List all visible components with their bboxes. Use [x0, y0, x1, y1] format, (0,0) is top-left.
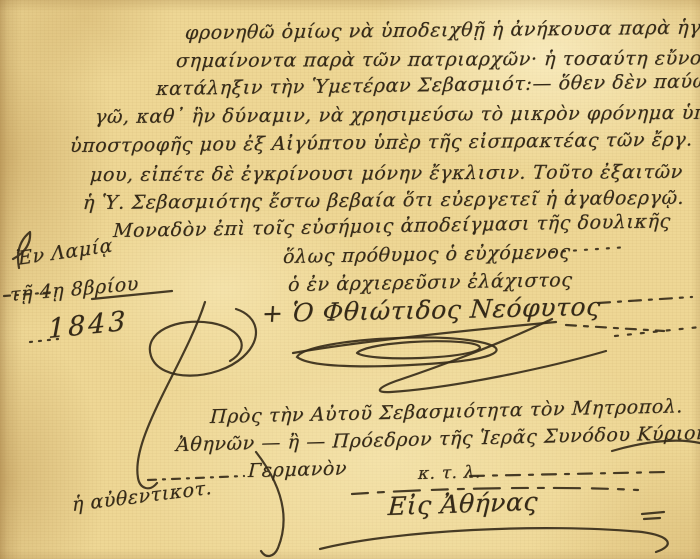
destination-underline-swoosh	[320, 528, 668, 552]
body-line: ἡ Ὑ. Σεβασμιότης ἔστω βεβαία ὅτι εὐεργετ…	[82, 189, 684, 213]
destination-equals-dashes	[642, 512, 664, 519]
dateline-year: 1843	[48, 307, 128, 343]
dateline-day: τῇ 4ῃ 8βρίου	[10, 275, 139, 305]
signature-paraph-inner-loop	[357, 341, 480, 358]
date-rubric-loop	[150, 309, 256, 376]
body-line: σημαίνοντα παρὰ τῶν πατριαρχῶν· ἡ τοσαύτ…	[175, 49, 700, 71]
signature-trailing-dashes	[598, 297, 692, 303]
address-line: Ἀθηνῶν — ἢ — Πρόεδρον τῆς Ἱερᾶς Συνόδου …	[176, 424, 700, 455]
address-dashes-right	[470, 472, 666, 476]
body-line: ὑποστροφῆς μου ἐξ Αἰγύπτου ὑπὲρ τῆς εἰσπ…	[69, 130, 693, 156]
dateline-place: Ἐν Λαμίᾳ	[16, 236, 114, 269]
address-name: Γερμανὸν	[248, 459, 348, 481]
body-line: κατάληξιν τὴν Ὑμετέραν Σεβασμιότ:— ὅθεν …	[155, 72, 700, 99]
address-etcetera: κ. τ. λ.	[418, 464, 482, 483]
address-line: Πρὸς τὴν Αὐτοῦ Σεβασμιότητα τὸν Μητροπολ…	[210, 397, 684, 427]
body-line: φρονηθῶ ὁμίως νὰ ὑποδειχθῇ ἡ ἀνήκουσα πα…	[184, 18, 700, 43]
closing-line: ὁ ἐν ἀρχιερεῦσιν ἐλάχιστος	[288, 271, 574, 295]
destination-note: Εἰς Ἀθήνας	[387, 489, 538, 519]
signature: + Ὁ Φθιώτιδος Νεόφυτος	[261, 294, 601, 326]
body-line: γῶ, καθ᾽ ἣν δύναμιν, νὰ χρησιμεύσω τὸ μι…	[94, 103, 700, 127]
body-line: μου, εἰπέτε δὲ ἐγκρίνουσι μόνην ἔγκλισιν…	[89, 163, 683, 185]
bottom-left-note: ἡ αὐθεντικοτ.	[72, 479, 213, 515]
document-page: φρονηθῶ ὁμίως νὰ ὑποδειχθῇ ἡ ἀνήκουσα πα…	[0, 0, 700, 559]
signature-paraph-swoop	[380, 319, 606, 392]
closing-line: ὅλως πρόθυμος ὁ εὐχόμενος	[283, 243, 572, 267]
date-rubric-tail	[137, 302, 205, 488]
signature-paraph-topline	[293, 322, 556, 353]
signature-paraph-topline-dashes	[566, 325, 664, 331]
signature-paraph-dots	[615, 327, 700, 336]
signature-paraph-lens	[297, 337, 497, 366]
body-line: Μοναδὸν ἐπὶ τοῖς εὐσήμοις ἀποδείγμασι τῆ…	[113, 212, 672, 241]
